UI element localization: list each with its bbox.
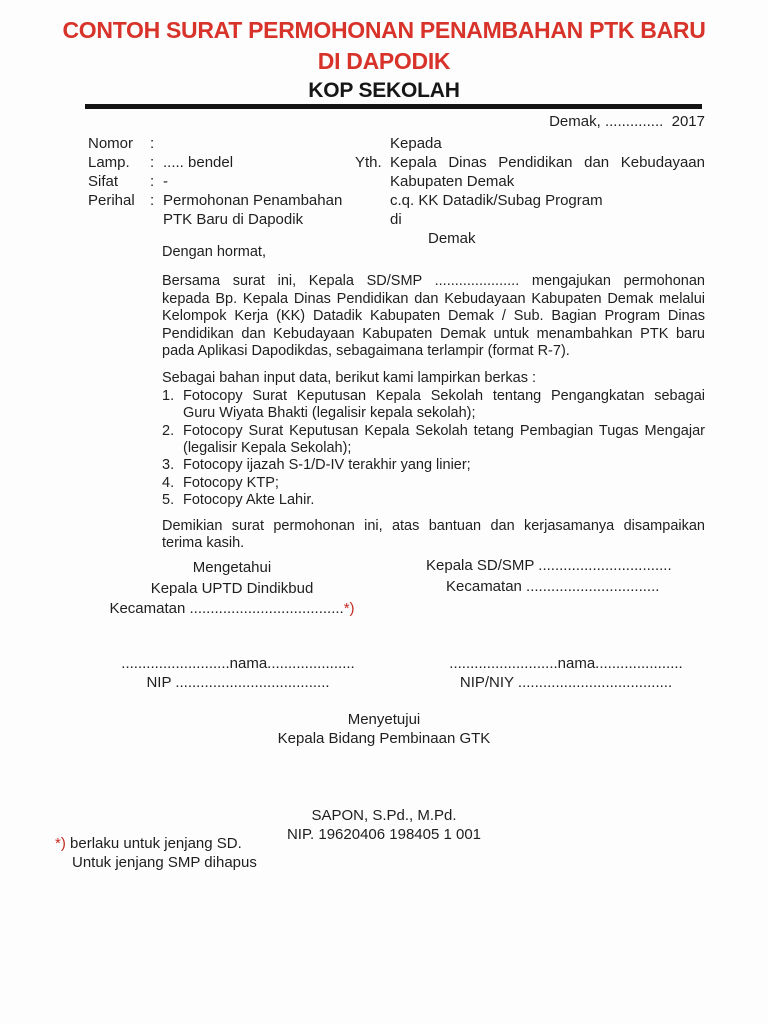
heading-line-2: DI DAPODIK bbox=[0, 46, 768, 77]
nip-placeholder: NIP ....................................… bbox=[96, 674, 380, 693]
para1-line: pada Aplikasi Dapodikdas, sebagaimana te… bbox=[162, 343, 705, 360]
nip-placeholder: NIP/NIY ................................… bbox=[416, 674, 716, 693]
para1-line: Bersama surat ini, Kepala SD/SMP .......… bbox=[162, 273, 705, 290]
recipient-line-4: di bbox=[390, 210, 705, 229]
recipient-block: Kepada Yth. Kepala Dinas Pendidikan dan … bbox=[355, 134, 705, 248]
meta-label-lamp: Lamp. bbox=[88, 153, 150, 172]
perihal-line-2: PTK Baru di Dapodik bbox=[163, 210, 358, 229]
meta-value-nomor bbox=[163, 134, 358, 153]
para1-line: Pendidikan dan Kebudayaan Kabupaten Dema… bbox=[162, 326, 705, 343]
perihal-line-1: Permohonan Penambahan bbox=[163, 191, 358, 210]
heading-line-1: CONTOH SURAT PERMOHONAN PENAMBAHAN PTK B… bbox=[0, 15, 768, 46]
list-item-text: Fotocopy ijazah S-1/D-IV terakhir yang l… bbox=[183, 457, 705, 474]
meta-colon: : bbox=[150, 153, 163, 172]
letterhead-placeholder: KOP SEKOLAH bbox=[0, 79, 768, 103]
letterhead-double-rule bbox=[85, 104, 702, 109]
footnote: *) berlaku untuk jenjang SD. Untuk jenja… bbox=[55, 834, 257, 872]
approver-title-1: Menyetujui bbox=[0, 710, 768, 729]
meta-label-nomor: Nomor bbox=[88, 134, 150, 153]
list-item-text: Fotocopy Surat Keputusan Kepala Sekolah … bbox=[183, 388, 705, 405]
para1-line: kepada Bp. Kepala Dinas Pendidikan dan K… bbox=[162, 291, 705, 308]
meta-label-perihal: Perihal bbox=[88, 191, 150, 229]
signature-block-right: Kepala SD/SMP ..........................… bbox=[420, 556, 712, 597]
signature-name-right: ..........................nama..........… bbox=[416, 655, 716, 692]
footnote-marker: *) bbox=[55, 835, 66, 852]
meta-value-perihal: Permohonan Penambahan PTK Baru di Dapodi… bbox=[163, 191, 358, 229]
list-item: 2. Fotocopy Surat Keputusan Kepala Sekol… bbox=[162, 423, 705, 458]
approver-name: SAPON, S.Pd., M.Pd. bbox=[0, 806, 768, 825]
meta-row-sifat: Sifat : - bbox=[88, 172, 358, 191]
approver-title-block: Menyetujui Kepala Bidang Pembinaan GTK bbox=[0, 710, 768, 748]
meta-colon: : bbox=[150, 172, 163, 191]
list-item-number: 1. bbox=[162, 388, 183, 423]
sig-right-title-2: Kecamatan ..............................… bbox=[420, 577, 712, 598]
meta-colon: : bbox=[150, 134, 163, 153]
list-item-text: Guru Wiyata Bhakti (legalisir kepala sek… bbox=[183, 405, 705, 422]
meta-label-sifat: Sifat bbox=[88, 172, 150, 191]
recipient-yth-row: Yth. Kepala Dinas Pendidikan dan Kebuday… bbox=[355, 153, 705, 172]
recipient-line-3: c.q. KK Datadik/Subag Program bbox=[390, 191, 705, 210]
sig-left-title-1: Mengetahui bbox=[88, 558, 376, 579]
list-item-number: 2. bbox=[162, 423, 183, 458]
attachments-intro: Sebagai bahan input data, berikut kami l… bbox=[162, 370, 705, 387]
approver-title-2: Kepala Bidang Pembinaan GTK bbox=[0, 729, 768, 748]
recipient-line-1: Kepala Dinas Pendidikan dan Kebudayaan bbox=[390, 153, 705, 172]
list-item: 4. Fotocopy KTP; bbox=[162, 475, 705, 492]
name-placeholder: ..........................nama..........… bbox=[416, 655, 716, 674]
closing-line: terima kasih. bbox=[162, 535, 705, 552]
footnote-marker: *) bbox=[344, 600, 355, 617]
meta-row-lamp: Lamp. : ..... bendel bbox=[88, 153, 358, 172]
closing-line: Demikian surat permohonan ini, atas bant… bbox=[162, 518, 705, 535]
date-line: Demak, .............. 2017 bbox=[549, 113, 705, 130]
footnote-line-2: Untuk jenjang SMP dihapus bbox=[72, 853, 257, 872]
recipient-line-2: Kabupaten Demak bbox=[390, 172, 705, 191]
name-placeholder: ..........................nama..........… bbox=[96, 655, 380, 674]
letter-meta-fields: Nomor : Lamp. : ..... bendel Sifat : - P… bbox=[88, 134, 358, 229]
scanned-letter-page: { "document": { "heading": { "line1": "C… bbox=[0, 0, 768, 1024]
document-heading: CONTOH SURAT PERMOHONAN PENAMBAHAN PTK B… bbox=[0, 15, 768, 77]
recipient-yth: Yth. bbox=[355, 153, 390, 172]
recipient-kepada: Kepada bbox=[390, 134, 705, 153]
sig-left-kecamatan: Kecamatan ..............................… bbox=[88, 599, 376, 620]
list-item: 5. Fotocopy Akte Lahir. bbox=[162, 492, 705, 509]
footnote-line-1: *) berlaku untuk jenjang SD. bbox=[55, 834, 257, 853]
list-item-number: 3. bbox=[162, 457, 183, 474]
list-item-number: 4. bbox=[162, 475, 183, 492]
meta-row-perihal: Perihal : Permohonan Penambahan PTK Baru… bbox=[88, 191, 358, 229]
meta-value-sifat: - bbox=[163, 172, 358, 191]
list-item-text: (legalisir Kepala Sekolah); bbox=[183, 440, 705, 457]
list-item-text: Fotocopy KTP; bbox=[183, 475, 705, 492]
meta-colon: : bbox=[150, 191, 163, 229]
list-item: 3. Fotocopy ijazah S-1/D-IV terakhir yan… bbox=[162, 457, 705, 474]
list-item-text: Fotocopy Surat Keputusan Kepala Sekolah … bbox=[183, 423, 705, 440]
signature-name-left: ..........................nama..........… bbox=[96, 655, 380, 692]
meta-row-nomor: Nomor : bbox=[88, 134, 358, 153]
para1-line: Kelompok Kerja (KK) Datadik Kabupaten De… bbox=[162, 308, 705, 325]
closing-paragraph: Demikian surat permohonan ini, atas bant… bbox=[162, 518, 705, 553]
sig-left-title-2: Kepala UPTD Dindikbud bbox=[88, 579, 376, 600]
sig-right-title-1: Kepala SD/SMP ..........................… bbox=[420, 556, 712, 577]
footnote-text-1: berlaku untuk jenjang SD. bbox=[66, 835, 242, 852]
attachments-list: 1. Fotocopy Surat Keputusan Kepala Sekol… bbox=[162, 388, 705, 510]
paragraph-1: Bersama surat ini, Kepala SD/SMP .......… bbox=[162, 273, 705, 360]
letter-body: Dengan hormat, Bersama surat ini, Kepala… bbox=[162, 244, 705, 553]
signature-block-left: Mengetahui Kepala UPTD Dindikbud Kecamat… bbox=[88, 558, 376, 620]
salutation: Dengan hormat, bbox=[162, 244, 705, 261]
list-item-number: 5. bbox=[162, 492, 183, 509]
list-item: 1. Fotocopy Surat Keputusan Kepala Sekol… bbox=[162, 388, 705, 423]
list-item-text: Fotocopy Akte Lahir. bbox=[183, 492, 705, 509]
meta-value-lamp: ..... bendel bbox=[163, 153, 358, 172]
sig-left-kecamatan-dots: Kecamatan ..............................… bbox=[109, 600, 343, 617]
